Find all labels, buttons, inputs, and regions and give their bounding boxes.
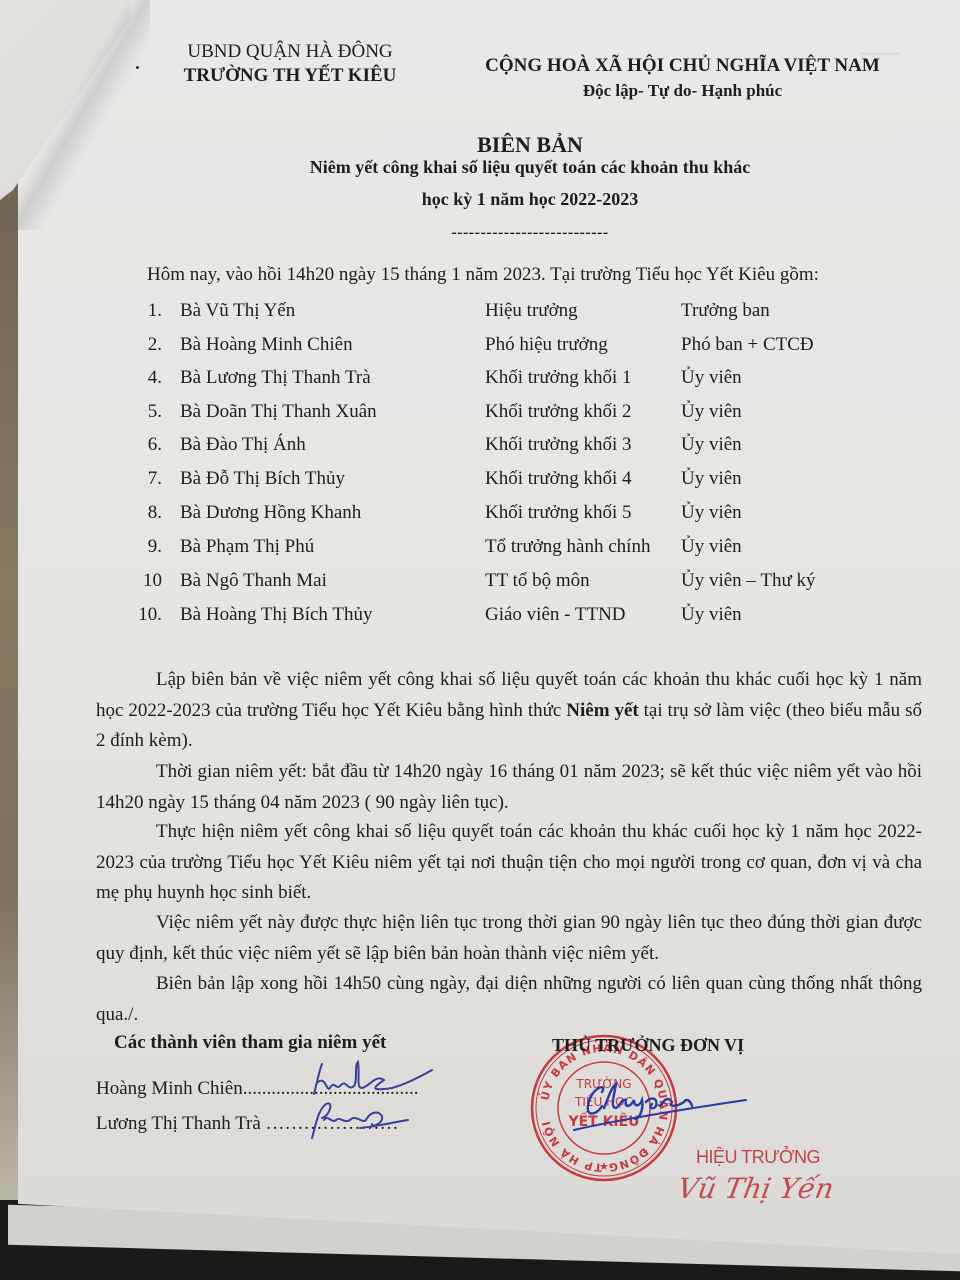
principal-title-stamp: HIỆU TRƯỞNG <box>696 1147 820 1168</box>
authority-school: TRƯỜNG TH YẾT KIÊU <box>150 64 430 88</box>
paragraph-duration: Thời gian niêm yết: bắt đầu từ 14h20 ngà… <box>96 757 922 818</box>
member-position: Tổ trưởng hành chính <box>485 536 650 558</box>
member-row: 5.Bà Doãn Thị Thanh XuânKhối trưởng khối… <box>0 401 960 431</box>
member-role: Phó ban + CTCĐ <box>681 334 814 356</box>
paragraph-execution: Thực hiện niêm yết công khai số liệu quy… <box>96 817 922 909</box>
member-position: Khối trưởng khối 2 <box>485 401 631 423</box>
member-number: 1. <box>148 300 162 322</box>
motto-line: Độc lập- Tự do- Hạnh phúc <box>455 78 910 103</box>
member-number: 9. <box>148 536 162 558</box>
member-role: Ủy viên – Thư ký <box>681 570 816 592</box>
member-row: 7.Bà Đỗ Thị Bích ThủyKhối trưởng khối 4Ủ… <box>0 468 960 498</box>
member-name: Bà Hoàng Thị Bích Thủy <box>180 604 372 626</box>
paragraph-continuity: Việc niêm yết này được thực hiện liên tụ… <box>96 908 922 969</box>
member-position: Hiệu trưởng <box>485 300 578 322</box>
duration-text: Thời gian niêm yết: bắt đầu từ 14h20 ngà… <box>96 761 922 813</box>
member-role: Ủy viên <box>681 401 742 423</box>
member-role: Ủy viên <box>681 502 742 524</box>
member-position: Giáo viên - TTND <box>485 604 626 626</box>
member-position: Phó hiệu trưởng <box>485 334 608 356</box>
member-row: 9.Bà Phạm Thị PhúTổ trưởng hành chínhỦy … <box>0 536 960 566</box>
member-name: Bà Đào Thị Ánh <box>180 434 306 456</box>
member-row: 6.Bà Đào Thị ÁnhKhối trưởng khối 3Ủy viê… <box>0 434 960 464</box>
member-role: Ủy viên <box>681 434 742 456</box>
corner-shadow <box>0 0 150 230</box>
member-name: Bà Ngô Thanh Mai <box>180 570 327 592</box>
member-number: 7. <box>148 468 162 490</box>
member-row: 2.Bà Hoàng Minh ChiênPhó hiệu trưởngPhó … <box>0 334 960 364</box>
document-subtitle-line2: học kỳ 1 năm học 2022-2023 <box>130 189 930 210</box>
member-number: 6. <box>148 434 162 456</box>
closing-text: Biên bản lập xong hồi 14h50 cùng ngày, đ… <box>96 973 922 1025</box>
member-role: Ủy viên <box>681 536 742 558</box>
member-number: 5. <box>148 401 162 423</box>
handwritten-signature-tra <box>300 1098 410 1142</box>
national-motto: CỘNG HOÀ XÃ HỘI CHỦ NGHĨA VIỆT NAM Độc l… <box>455 53 910 103</box>
handwritten-signature-principal <box>568 1078 758 1138</box>
member-name: Bà Dương Hồng Khanh <box>180 502 361 524</box>
member-row: 8.Bà Dương Hồng KhanhKhối trưởng khối 5Ủ… <box>0 502 960 532</box>
member-name: Bà Doãn Thị Thanh Xuân <box>180 401 377 423</box>
paragraph-purpose: Lập biên bản về việc niêm yết công khai … <box>96 665 922 757</box>
members-signature-title: Các thành viên tham gia niêm yết <box>114 1032 386 1054</box>
star-icon: ★ <box>599 1160 609 1173</box>
principal-name-stamp: Vũ Thị Yến <box>675 1172 836 1205</box>
member-position: Khối trưởng khối 3 <box>485 434 631 456</box>
document-subtitle-line1: Niêm yết công khai số liệu quyết toán cá… <box>130 157 930 178</box>
member-name: Bà Phạm Thị Phú <box>180 536 314 558</box>
member-name: Bà Vũ Thị Yến <box>180 300 295 322</box>
member-row: 4.Bà Lương Thị Thanh TràKhối trưởng khối… <box>0 367 960 397</box>
purpose-bold: Niêm yết <box>566 700 638 721</box>
paragraph-closing: Biên bản lập xong hồi 14h50 cùng ngày, đ… <box>96 969 922 1030</box>
member-number: 8. <box>148 502 162 524</box>
member-position: TT tổ bộ môn <box>485 570 590 592</box>
member-role: Ủy viên <box>681 468 742 490</box>
member-row: 10.Bà Hoàng Thị Bích ThủyGiáo viên - TTN… <box>0 604 960 634</box>
member-number: 10 <box>143 570 162 592</box>
authority-district: UBND QUẬN HÀ ĐÔNG <box>150 40 430 64</box>
member-name: Bà Lương Thị Thanh Trà <box>180 367 371 389</box>
member-number: 2. <box>148 334 162 356</box>
execution-text: Thực hiện niêm yết công khai số liệu quy… <box>96 821 922 903</box>
member-number: 4. <box>148 367 162 389</box>
separator-line: --------------------------- <box>130 224 930 242</box>
member-position: Khối trưởng khối 1 <box>485 367 631 389</box>
member-position: Khối trưởng khối 5 <box>485 502 631 524</box>
member-row: 1.Bà Vũ Thị YếnHiệu trưởngTrưởng ban <box>0 300 960 330</box>
member-row: 10Bà Ngô Thanh MaiTT tổ bộ mônỦy viên – … <box>0 570 960 600</box>
document-title: BIÊN BẢN <box>130 132 930 158</box>
ink-dot <box>136 66 139 69</box>
intro-sentence: Hôm nay, vào hồi 14h20 ngày 15 tháng 1 n… <box>147 264 819 286</box>
member-name: Bà Đỗ Thị Bích Thủy <box>180 468 345 490</box>
issuing-authority: UBND QUẬN HÀ ĐÔNG TRƯỜNG TH YẾT KIÊU <box>150 40 430 88</box>
member-role: Ủy viên <box>681 367 742 389</box>
member-name: Bà Hoàng Minh Chiên <box>180 334 353 356</box>
member-role: Ủy viên <box>681 604 742 626</box>
member-position: Khối trưởng khối 4 <box>485 468 631 490</box>
continuity-text: Việc niêm yết này được thực hiện liên tụ… <box>96 912 922 964</box>
member-number: 10. <box>138 604 162 626</box>
republic-name: CỘNG HOÀ XÃ HỘI CHỦ NGHĨA VIỆT NAM <box>455 53 910 78</box>
head-of-unit-title: THỦ TRƯỞNG ĐƠN VỊ <box>552 1035 744 1056</box>
member-role: Trưởng ban <box>681 300 770 322</box>
